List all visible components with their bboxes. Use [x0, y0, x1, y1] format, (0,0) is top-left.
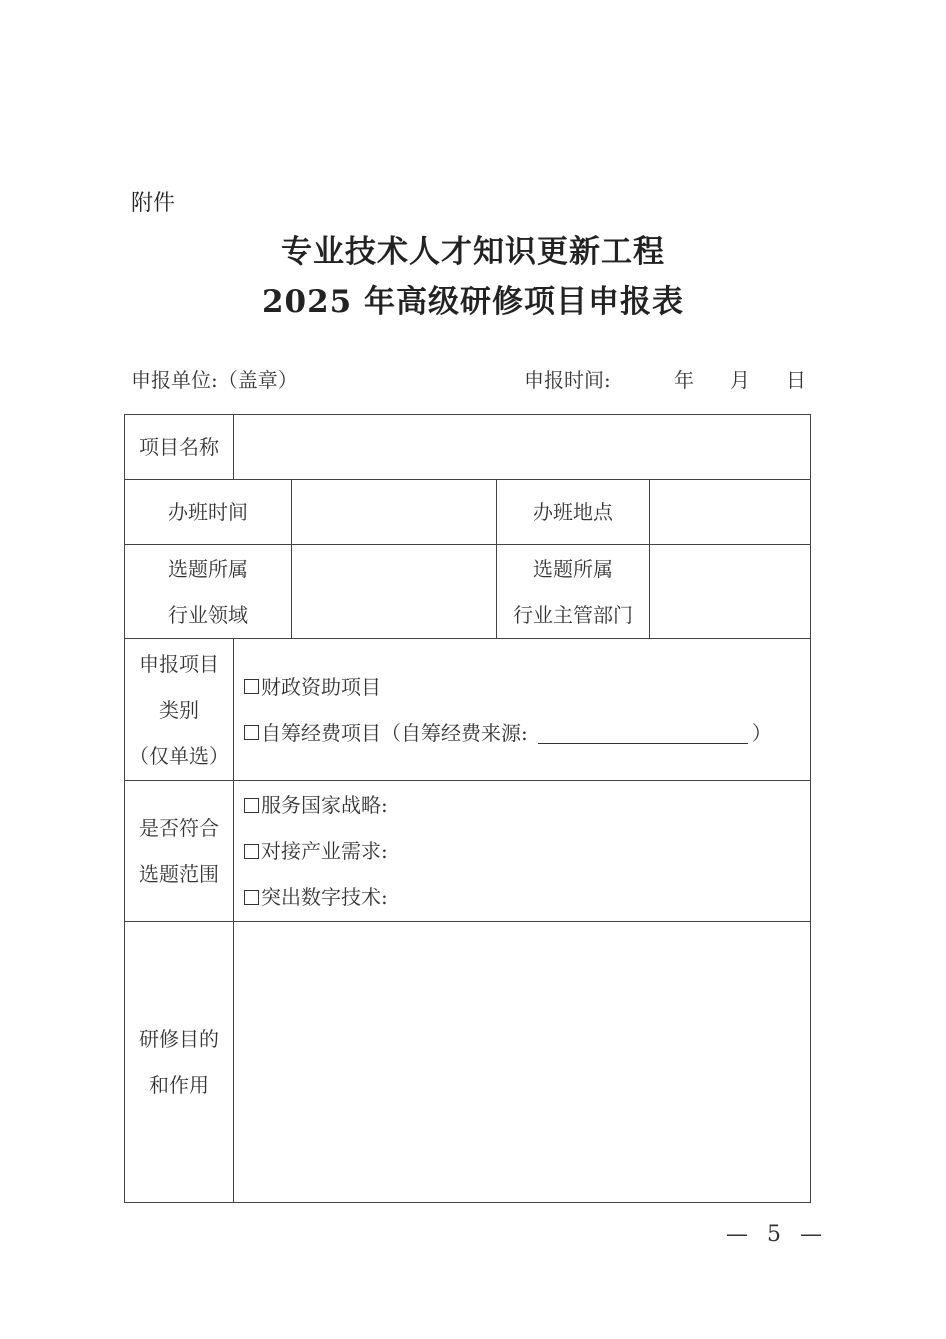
- industry-dept-input[interactable]: [650, 545, 810, 638]
- application-date: 申报时间: 年 月 日: [524, 364, 806, 393]
- industry-dept-label: 选题所属 行业主管部门: [497, 545, 650, 638]
- document-title-line2: 2025 年高级研修项目申报表: [0, 276, 946, 321]
- option-industry-demand[interactable]: 对接产业需求:: [244, 828, 388, 874]
- option-digital-tech[interactable]: 突出数字技术:: [244, 874, 388, 920]
- checkbox-icon[interactable]: [244, 844, 259, 859]
- option-suffix: ）: [752, 710, 772, 756]
- month-label: 月: [730, 364, 786, 393]
- project-name-field[interactable]: [234, 415, 810, 479]
- industry-field-input[interactable]: [292, 545, 497, 638]
- option-label: 突出数字技术:: [261, 874, 388, 920]
- day-label: 日: [786, 364, 806, 393]
- checkbox-icon[interactable]: [244, 798, 259, 813]
- date-label: 申报时间:: [524, 364, 674, 393]
- industry-field-label-line2: 行业领域: [168, 592, 248, 638]
- industry-field-label: 选题所属 行业领域: [125, 545, 292, 638]
- option-national-strategy[interactable]: 服务国家战略:: [244, 782, 388, 828]
- purpose-label-line2: 和作用: [149, 1062, 209, 1108]
- class-time-label: 办班时间: [125, 480, 292, 544]
- project-category-label-line2: 类别: [159, 687, 199, 733]
- row-project-name: 项目名称: [125, 415, 810, 480]
- option-fiscal-funded[interactable]: 财政资助项目: [244, 664, 381, 710]
- scope-match-label-line2: 选题范围: [139, 851, 219, 897]
- option-label: 财政资助项目: [261, 664, 381, 710]
- checkbox-icon[interactable]: [244, 679, 259, 694]
- project-category-label: 申报项目 类别 （仅单选）: [125, 639, 234, 780]
- project-category-options: 财政资助项目 自筹经费项目（自筹经费来源: ）: [234, 639, 810, 780]
- year-label: 年: [674, 364, 730, 393]
- scope-match-label-line1: 是否符合: [139, 805, 219, 851]
- checkbox-icon[interactable]: [244, 890, 259, 905]
- row-class-time-location: 办班时间 办班地点: [125, 480, 810, 545]
- option-label: 服务国家战略:: [261, 782, 388, 828]
- row-project-category: 申报项目 类别 （仅单选） 财政资助项目 自筹经费项目（自筹经费来源: ）: [125, 639, 810, 781]
- project-name-label: 项目名称: [125, 415, 234, 479]
- document-title-line1: 专业技术人才知识更新工程: [0, 226, 946, 271]
- purpose-label-line1: 研修目的: [139, 1016, 219, 1062]
- option-label: 对接产业需求:: [261, 828, 388, 874]
- scope-match-options: 服务国家战略: 对接产业需求: 突出数字技术:: [234, 781, 810, 921]
- row-scope-match: 是否符合 选题范围 服务国家战略: 对接产业需求: 突出数字技术:: [125, 781, 810, 922]
- class-time-field[interactable]: [292, 480, 497, 544]
- option-label: 自筹经费项目（自筹经费来源:: [261, 710, 528, 756]
- option-self-funded[interactable]: 自筹经费项目（自筹经费来源: ）: [244, 710, 772, 756]
- row-industry: 选题所属 行业领域 选题所属 行业主管部门: [125, 545, 810, 639]
- purpose-label: 研修目的 和作用: [125, 922, 234, 1202]
- application-form-table: 项目名称 办班时间 办班地点 选题所属 行业领域 选题所属 行业主管部门 申报项…: [124, 414, 811, 1203]
- applicant-unit-label: 申报单位:（盖章）: [131, 364, 298, 393]
- page-number: — 5 —: [726, 1222, 828, 1247]
- industry-field-label-line1: 选题所属: [168, 546, 248, 592]
- funding-source-field[interactable]: [538, 721, 748, 744]
- project-category-label-line1: 申报项目: [139, 641, 219, 687]
- industry-dept-label-line2: 行业主管部门: [513, 592, 633, 638]
- industry-dept-label-line1: 选题所属: [533, 546, 613, 592]
- purpose-field[interactable]: [234, 922, 810, 1202]
- class-location-label: 办班地点: [497, 480, 650, 544]
- project-category-label-line3: （仅单选）: [129, 733, 229, 779]
- scope-match-label: 是否符合 选题范围: [125, 781, 234, 921]
- row-purpose: 研修目的 和作用: [125, 922, 810, 1202]
- checkbox-icon[interactable]: [244, 725, 259, 740]
- attachment-label: 附件: [131, 186, 175, 217]
- class-location-field[interactable]: [650, 480, 810, 544]
